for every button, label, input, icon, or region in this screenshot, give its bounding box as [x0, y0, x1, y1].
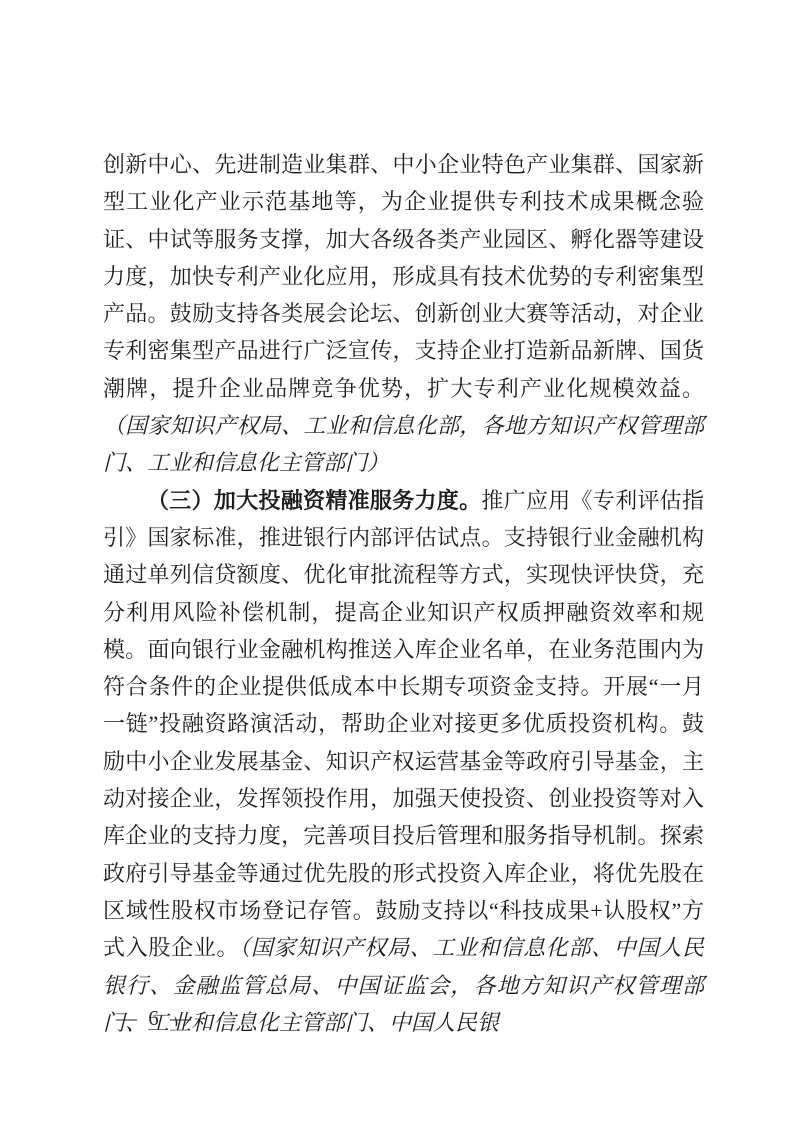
- paragraph-continuation: 创新中心、先进制造业集群、中小企业特色产业集群、国家新型工业化产业示范基地等，为…: [103, 146, 704, 482]
- text-segment-normal: 推广应用《专利评估指引》国家标准，推进银行内部评估试点。支持银行业金融机构通过单…: [103, 488, 704, 961]
- text-segment-kai: （国家知识产权局、工业和信息化部，各地方知识产权管理部门、工业和信息化主管部门）: [103, 413, 704, 475]
- document-body: 创新中心、先进制造业集群、中小企业特色产业集群、国家新型工业化产业示范基地等，为…: [103, 146, 704, 1041]
- document-page: 创新中心、先进制造业集群、中小企业特色产业集群、国家新型工业化产业示范基地等，为…: [0, 0, 793, 1122]
- paragraph-section-three: （三）加大投融资精准服务力度。推广应用《专利评估指引》国家标准，推进银行内部评估…: [103, 482, 704, 1041]
- text-segment-bold: （三）加大投融资精准服务力度。: [147, 488, 481, 513]
- text-segment-normal: 创新中心、先进制造业集群、中小企业特色产业集群、国家新型工业化产业示范基地等，为…: [103, 152, 704, 401]
- page-number: — 6 —: [116, 1006, 194, 1031]
